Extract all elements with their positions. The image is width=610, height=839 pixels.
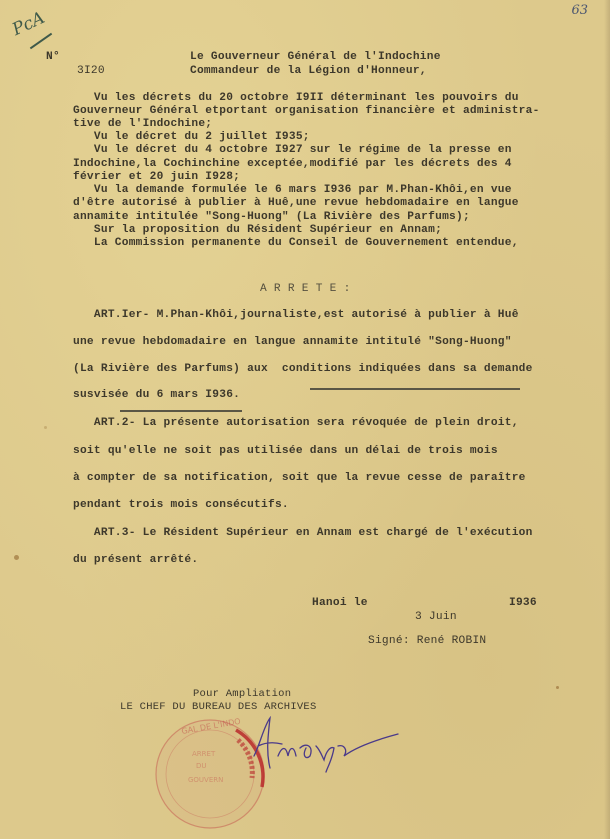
handwritten-underline <box>310 388 520 390</box>
page-number: 63 <box>571 3 588 18</box>
consideration-line: tive de l'Indochine; <box>73 118 212 130</box>
closing-place: Hanoi le <box>312 597 368 609</box>
article-2-line: pendant trois mois consécutifs. <box>73 499 289 511</box>
consideration-line: La Commission permanente du Conseil de G… <box>73 237 519 249</box>
consideration-line: Vu les décrets du 20 octobre I9II déterm… <box>73 92 519 104</box>
consideration-line: Indochine,la Cochinchine exceptée,modifi… <box>73 158 512 170</box>
consideration-line: d'être autorisé à publier à Huê,une revu… <box>73 197 519 209</box>
svg-text:DU: DU <box>196 762 207 770</box>
article-3-line: ART.3- Le Résident Supérieur en Annam es… <box>73 527 533 539</box>
page-edge <box>604 0 610 839</box>
article-2-line: ART.2- La présente autorisation sera rév… <box>73 417 519 429</box>
consideration-line: Gouverneur Général etportant organisatio… <box>73 105 540 117</box>
document-page: PcA 63 N° 3I20 Le Gouverneur Général de … <box>0 0 610 839</box>
consideration-line: Vu le décret du 2 juillet I935; <box>73 131 310 143</box>
margin-annotation: PcA <box>9 8 48 40</box>
consideration-line: Vu la demande formulée le 6 mars I936 pa… <box>73 184 512 196</box>
handwritten-signature-icon <box>248 716 408 774</box>
article-1-line: susvisée du 6 mars I936. <box>73 389 240 401</box>
article-1-line: une revue hebdomadaire en langue annamit… <box>73 336 512 348</box>
article-1-line: ART.Ier- M.Phan-Khôi,journaliste,est aut… <box>73 309 519 321</box>
handwritten-underline <box>120 410 242 412</box>
margin-annotation-stroke <box>30 33 52 50</box>
reference-label: N° <box>46 51 60 63</box>
closing-year: I936 <box>509 597 537 609</box>
article-2-line: à compter de sa notification, soit que l… <box>73 472 526 484</box>
paper-spot <box>44 426 47 429</box>
reference-number: 3I20 <box>77 65 105 77</box>
svg-text:GOUVERN: GOUVERN <box>188 776 223 784</box>
consideration-line: Vu le décret du 4 octobre I927 sur le ré… <box>73 144 512 156</box>
article-3-line: du présent arrêté. <box>73 554 198 566</box>
article-2-line: soit qu'elle ne soit pas utilisée dans u… <box>73 445 498 457</box>
ampliation-label: Pour Ampliation <box>193 688 291 700</box>
svg-text:ARRET: ARRET <box>192 750 216 758</box>
paper-spot <box>14 555 19 560</box>
decree-heading: A R R E T E : <box>260 283 351 295</box>
consideration-line: annamite intitulée "Song-Huong" (La Rivi… <box>73 211 470 223</box>
paper-spot <box>556 686 559 689</box>
article-1-line: (La Rivière des Parfums) aux conditions … <box>73 363 533 375</box>
consideration-line: Sur la proposition du Résident Supérieur… <box>73 224 442 236</box>
signed-by: Signé: René ROBIN <box>368 635 486 647</box>
consideration-line: février et 20 juin I928; <box>73 171 240 183</box>
closing-date: 3 Juin <box>415 611 457 623</box>
header-line-2: Commandeur de la Légion d'Honneur, <box>190 65 427 77</box>
header-line-1: Le Gouverneur Général de l'Indochine <box>190 51 441 63</box>
